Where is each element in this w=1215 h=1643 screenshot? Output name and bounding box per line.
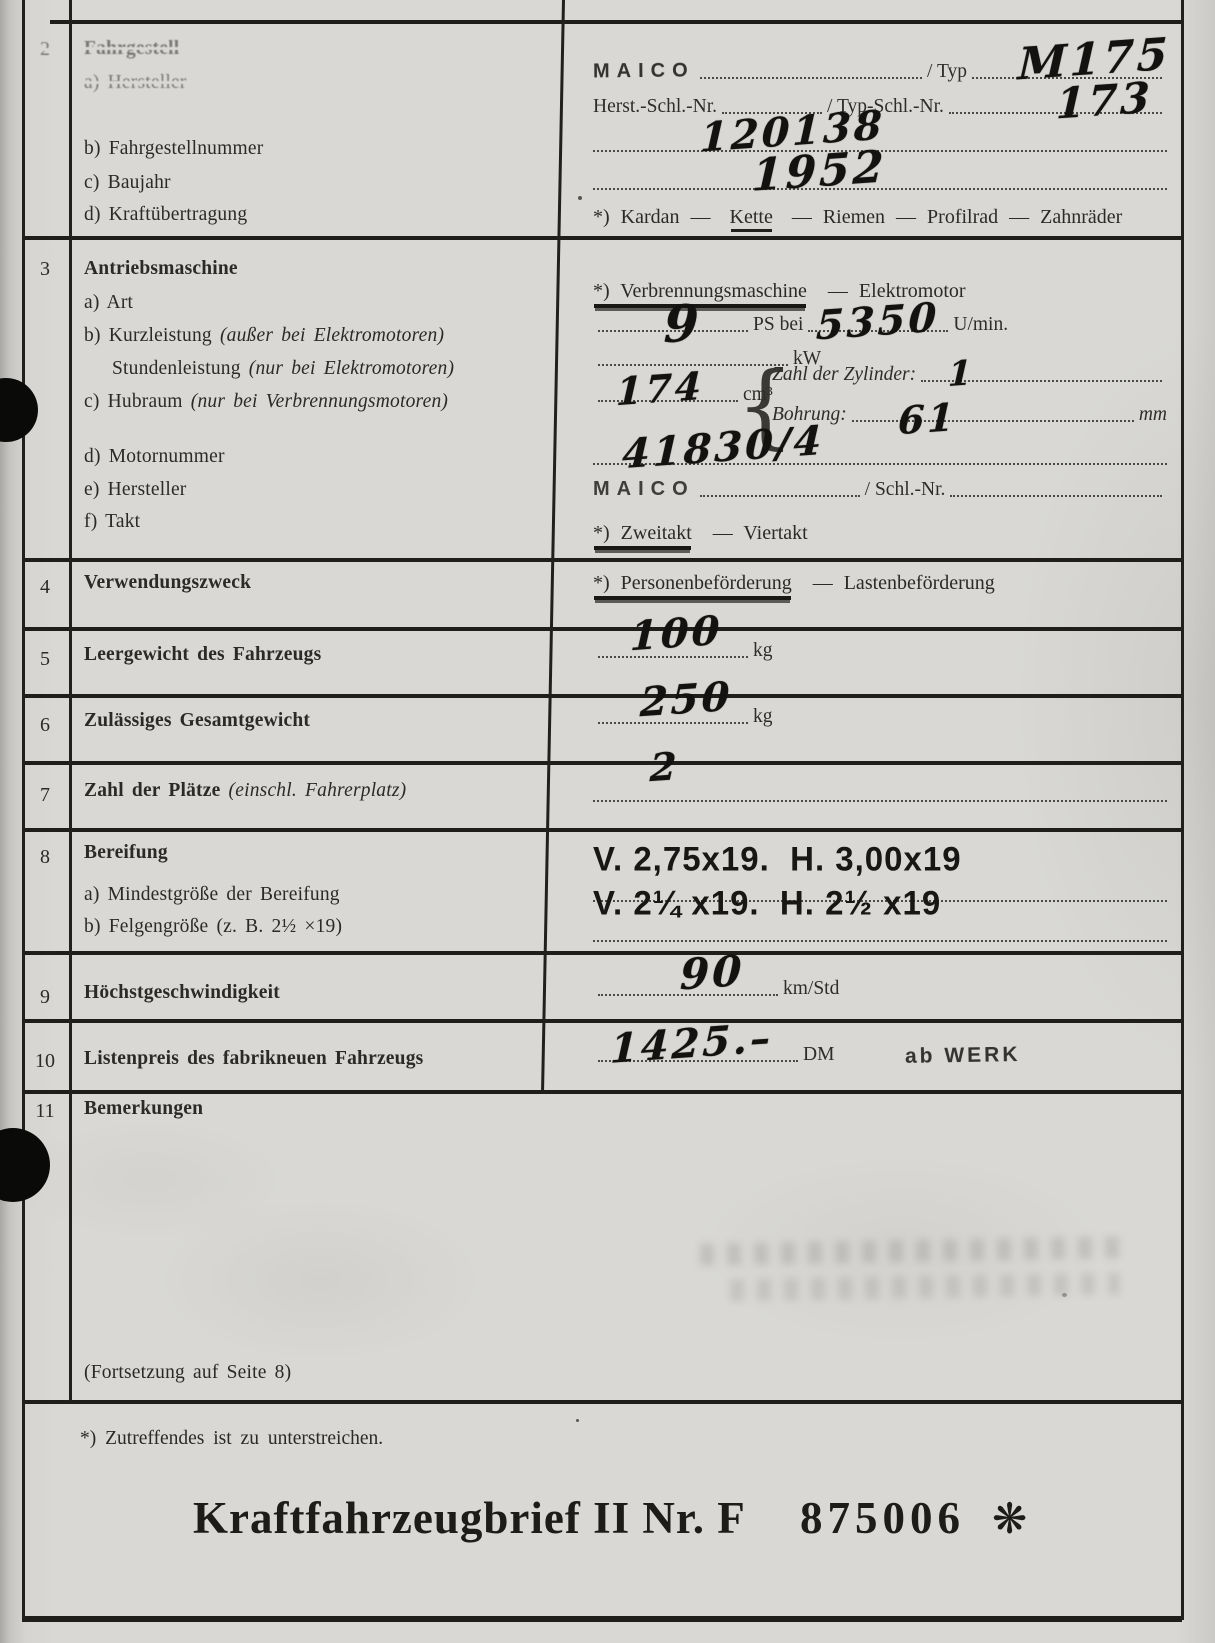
label-value-column-divider — [541, 0, 565, 1092]
field-label-art: a) Art — [84, 292, 133, 314]
transmission-selected-kette: Kette — [730, 206, 773, 229]
table-left-border — [22, 0, 25, 1622]
total-weight-handwriting: 250 — [639, 673, 733, 727]
ab-werk-stamp: ab WERK — [905, 1043, 1021, 1069]
stroke-cycle-selected: *) Zweitakt — [593, 522, 692, 546]
table-right-border — [1181, 0, 1184, 1620]
field-label-bemerkungen: Bemerkungen — [84, 1098, 203, 1120]
cylinders-label: Zahl der Zylinder: — [772, 364, 916, 386]
engine-maker-line: MAICO / Schl.-Nr. — [593, 478, 1167, 501]
stundenleistung-text: Stundenleistung — [112, 358, 241, 379]
field-label-verwendungszweck: Verwendungszweck — [84, 572, 251, 594]
empty-weight-handwriting: 100 — [629, 607, 723, 661]
field-label-gesamtgewicht: Zulässiges Gesamtgewicht — [84, 710, 310, 732]
bore-line: Bohrung: mm — [772, 404, 1167, 426]
typ-schl-value-handwriting: 173 — [1055, 73, 1153, 129]
rim-size-stamp: V. 2¼ x19. H. 2½ x19 — [593, 883, 941, 923]
row-divider — [22, 828, 1182, 832]
row-number: 10 — [22, 1050, 68, 1073]
row-number: 2 — [22, 38, 68, 61]
kurzleistung-note: (außer bei Elektromotoren) — [220, 325, 444, 346]
transmission-options-prefix: *) Kardan — — [593, 206, 711, 228]
transmission-options-suffix: — Riemen — Profilrad — Zahnräder — [792, 206, 1122, 228]
row-number: 6 — [22, 714, 68, 737]
stroke-cycle-options: *) Zweitakt — Viertakt — [593, 522, 808, 545]
hubraum-text: c) Hubraum — [84, 391, 183, 412]
hole-punch — [0, 1128, 50, 1202]
cylinders-value-handwriting: 1 — [947, 353, 975, 395]
continuation-note: (Fortsetzung auf Seite 8) — [84, 1362, 291, 1384]
document-title: Kraftfahrzeugbrief II Nr. F — [193, 1492, 746, 1544]
row-divider — [22, 1090, 1182, 1094]
dotted-rule — [593, 800, 1167, 802]
power-line: PS bei U/min. — [593, 314, 1008, 336]
row-number: 4 — [22, 576, 68, 599]
seats-value-handwriting: 2 — [649, 743, 680, 790]
row-divider — [22, 1019, 1182, 1023]
field-label-bereifung: Bereifung — [84, 842, 168, 864]
document-serial-number: 875006 — [800, 1492, 965, 1544]
purpose-suffix: — Lastenbeförderung — [813, 572, 995, 594]
bore-value-handwriting: 61 — [897, 394, 957, 443]
bleed-through-ghost-text — [700, 1236, 1120, 1265]
u-min-label: U/min. — [953, 314, 1008, 336]
mm-label: mm — [1139, 404, 1167, 426]
kurzleistung-text: b) Kurzleistung — [84, 325, 212, 346]
field-label-hoechstgeschwindigkeit: Höchstgeschwindigkeit — [84, 982, 280, 1004]
ps-bei-label: PS bei — [753, 314, 803, 336]
dotted-leader — [852, 420, 1134, 422]
engine-number-handwriting: 41830/4 — [621, 417, 825, 478]
tire-size-stamp: V. 2,75x19. H. 3,00x19 — [593, 839, 962, 879]
row-divider — [22, 558, 1182, 562]
plaetze-note: (einschl. Fahrerplatz) — [229, 780, 407, 801]
row-divider — [22, 761, 1182, 765]
plaetze-text: Zahl der Plätze — [84, 780, 220, 801]
number-column-divider — [69, 0, 72, 1402]
row-divider — [22, 627, 1182, 631]
field-label-mindestgroesse: a) Mindestgröße der Bereifung — [84, 884, 340, 906]
transmission-options: *) Kardan — Kette — Riemen — Profilrad —… — [593, 206, 1122, 229]
cm3-label: cm³ — [743, 384, 773, 406]
row-number: 8 — [22, 846, 68, 869]
top-speed-handwriting: 90 — [679, 946, 745, 1000]
row-divider — [22, 236, 1182, 240]
field-label-stundenleistung: Stundenleistung (nur bei Elektromotoren) — [112, 358, 454, 380]
field-label-listenpreis: Listenpreis des fabrikneuen Fahrzeugs — [84, 1048, 423, 1070]
dm-label: DM — [803, 1044, 834, 1066]
bleed-through-ghost-text — [730, 1273, 1120, 1302]
displacement-value-handwriting: 174 — [615, 363, 705, 414]
dotted-leader — [950, 495, 1162, 497]
field-label-hersteller: a) Hersteller — [84, 72, 187, 94]
field-label-kurzleistung: b) Kurzleistung (außer bei Elektromotore… — [84, 325, 444, 347]
km-std-label: km/Std — [783, 978, 839, 1000]
scan-speck — [576, 1419, 579, 1422]
row-divider — [22, 1400, 1182, 1404]
asterisk-mark: ❋ — [992, 1494, 1028, 1543]
rpm-value-handwriting: 5350 — [815, 294, 940, 350]
row-number: 5 — [22, 648, 68, 671]
hole-punch — [0, 378, 38, 442]
field-label-fahrgestell: Fahrgestell — [84, 38, 179, 60]
field-label-kraftuebertragung: d) Kraftübertragung — [84, 204, 247, 226]
hubraum-note: (nur bei Verbrennungsmotoren) — [191, 391, 448, 412]
power-value-handwriting: 9 — [663, 293, 703, 355]
row-number: 9 — [22, 986, 68, 1009]
engine-maker-stamp: MAICO — [593, 478, 695, 501]
purpose-selected: *) Personenbeförderung — [593, 572, 792, 596]
field-label-takt: f) Takt — [84, 511, 140, 533]
kg-label: kg — [753, 706, 773, 728]
row-number: 7 — [22, 784, 68, 807]
build-year-handwriting: 1952 — [751, 141, 887, 202]
field-label-leergewicht: Leergewicht des Fahrzeugs — [84, 644, 321, 666]
dotted-rule — [593, 940, 1167, 942]
dotted-leader — [700, 495, 860, 497]
field-label-antriebsmaschine: Antriebsmaschine — [84, 258, 238, 280]
field-label-plaetze: Zahl der Plätze (einschl. Fahrerplatz) — [84, 780, 406, 802]
row-divider — [22, 951, 1182, 955]
kg-label: kg — [753, 640, 773, 662]
row-divider — [22, 694, 1182, 698]
herst-schl-label: Herst.-Schl.-Nr. — [593, 96, 717, 118]
field-label-hubraum: c) Hubraum (nur bei Verbrennungsmotoren) — [84, 391, 448, 413]
field-label-motornummer: d) Motornummer — [84, 446, 225, 468]
stroke-cycle-suffix: — Viertakt — [713, 522, 808, 544]
field-label-fahrgestellnummer: b) Fahrgestellnummer — [84, 138, 263, 160]
schl-nr-label: / Schl.-Nr. — [865, 479, 946, 501]
underline-instruction-footnote: *) Zutreffendes ist zu unterstreichen. — [80, 1428, 383, 1450]
scanned-form-sheet: 2 3 4 5 6 7 8 9 10 11 Fahrgestell a) Her… — [0, 0, 1215, 1643]
stundenleistung-note: (nur bei Elektromotoren) — [249, 358, 454, 379]
dotted-leader — [700, 77, 922, 79]
purpose-options: *) Personenbeförderung — Lastenbeförderu… — [593, 572, 995, 595]
typ-label: / Typ — [927, 61, 967, 83]
scan-speck — [578, 196, 582, 200]
table-top-border — [50, 20, 1182, 24]
row-number: 3 — [22, 258, 68, 281]
row-number: 11 — [22, 1100, 68, 1123]
field-label-baujahr: c) Baujahr — [84, 172, 171, 194]
field-label-felgengroesse: b) Felgengröße (z. B. 2½ ×19) — [84, 916, 342, 938]
maker-stamp: MAICO — [593, 60, 695, 84]
table-bottom-border — [22, 1616, 1182, 1622]
scan-speck — [1062, 1293, 1067, 1297]
field-label-engine-hersteller: e) Hersteller — [84, 479, 187, 501]
